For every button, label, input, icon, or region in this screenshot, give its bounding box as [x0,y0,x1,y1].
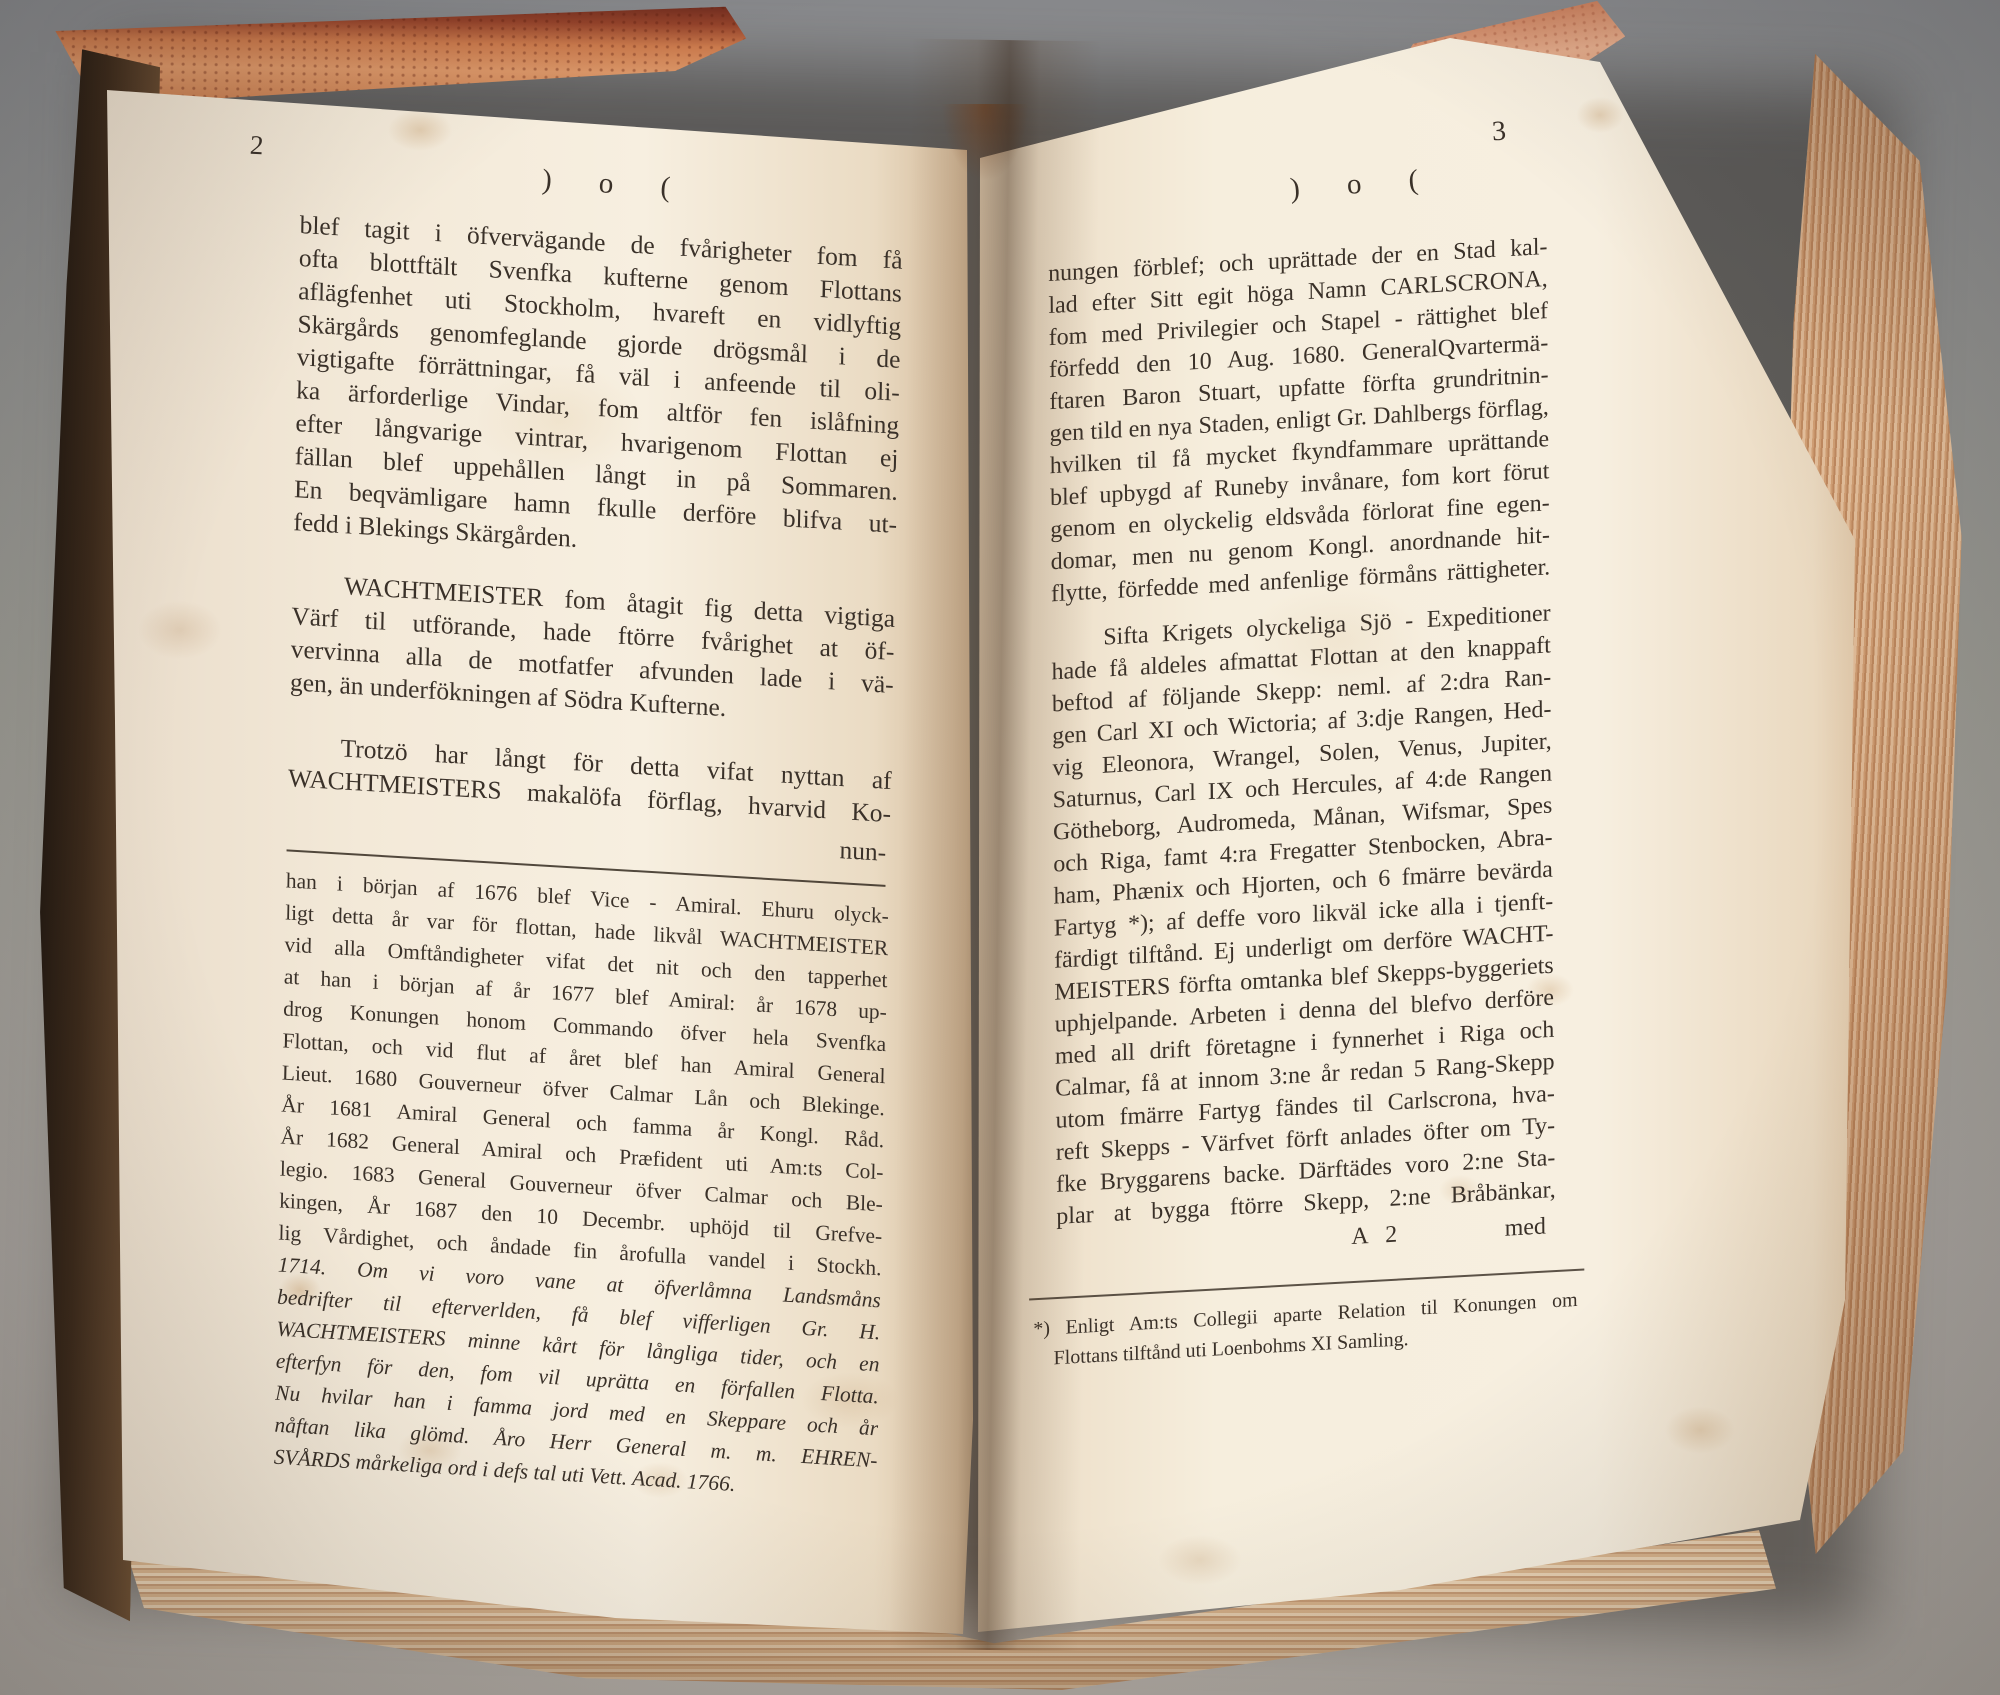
left-text-block: blef tagit i öfvervägande de fvårigheter… [274,208,903,1508]
left-paragraph-1: blef tagit i öfvervägande de fvårigheter… [293,208,903,574]
left-footnote: han i början af 1676 blef Vice - Amiral.… [274,864,890,1508]
left-page-number: 2 [249,130,264,162]
book-photo: 2 ) o ( 3 ) o ( blef tagit i öfvervägand… [0,0,2000,1695]
right-paragraph-1: nungen förblef; och uprättade der en Sta… [1048,231,1550,610]
right-page-number: 3 [1491,116,1507,149]
left-paragraph-2: WACHTMEISTER fom åtagit fig detta vigtig… [290,566,896,734]
signature-mark: A 2 [1351,1218,1403,1253]
right-catchword: med [1505,1210,1547,1244]
right-paragraph-2: Sifta Krigets olyckeliga Sjö - Expeditio… [1051,597,1556,1233]
right-text-block: nungen förblef; och uprättade der en Sta… [1048,231,1557,1373]
